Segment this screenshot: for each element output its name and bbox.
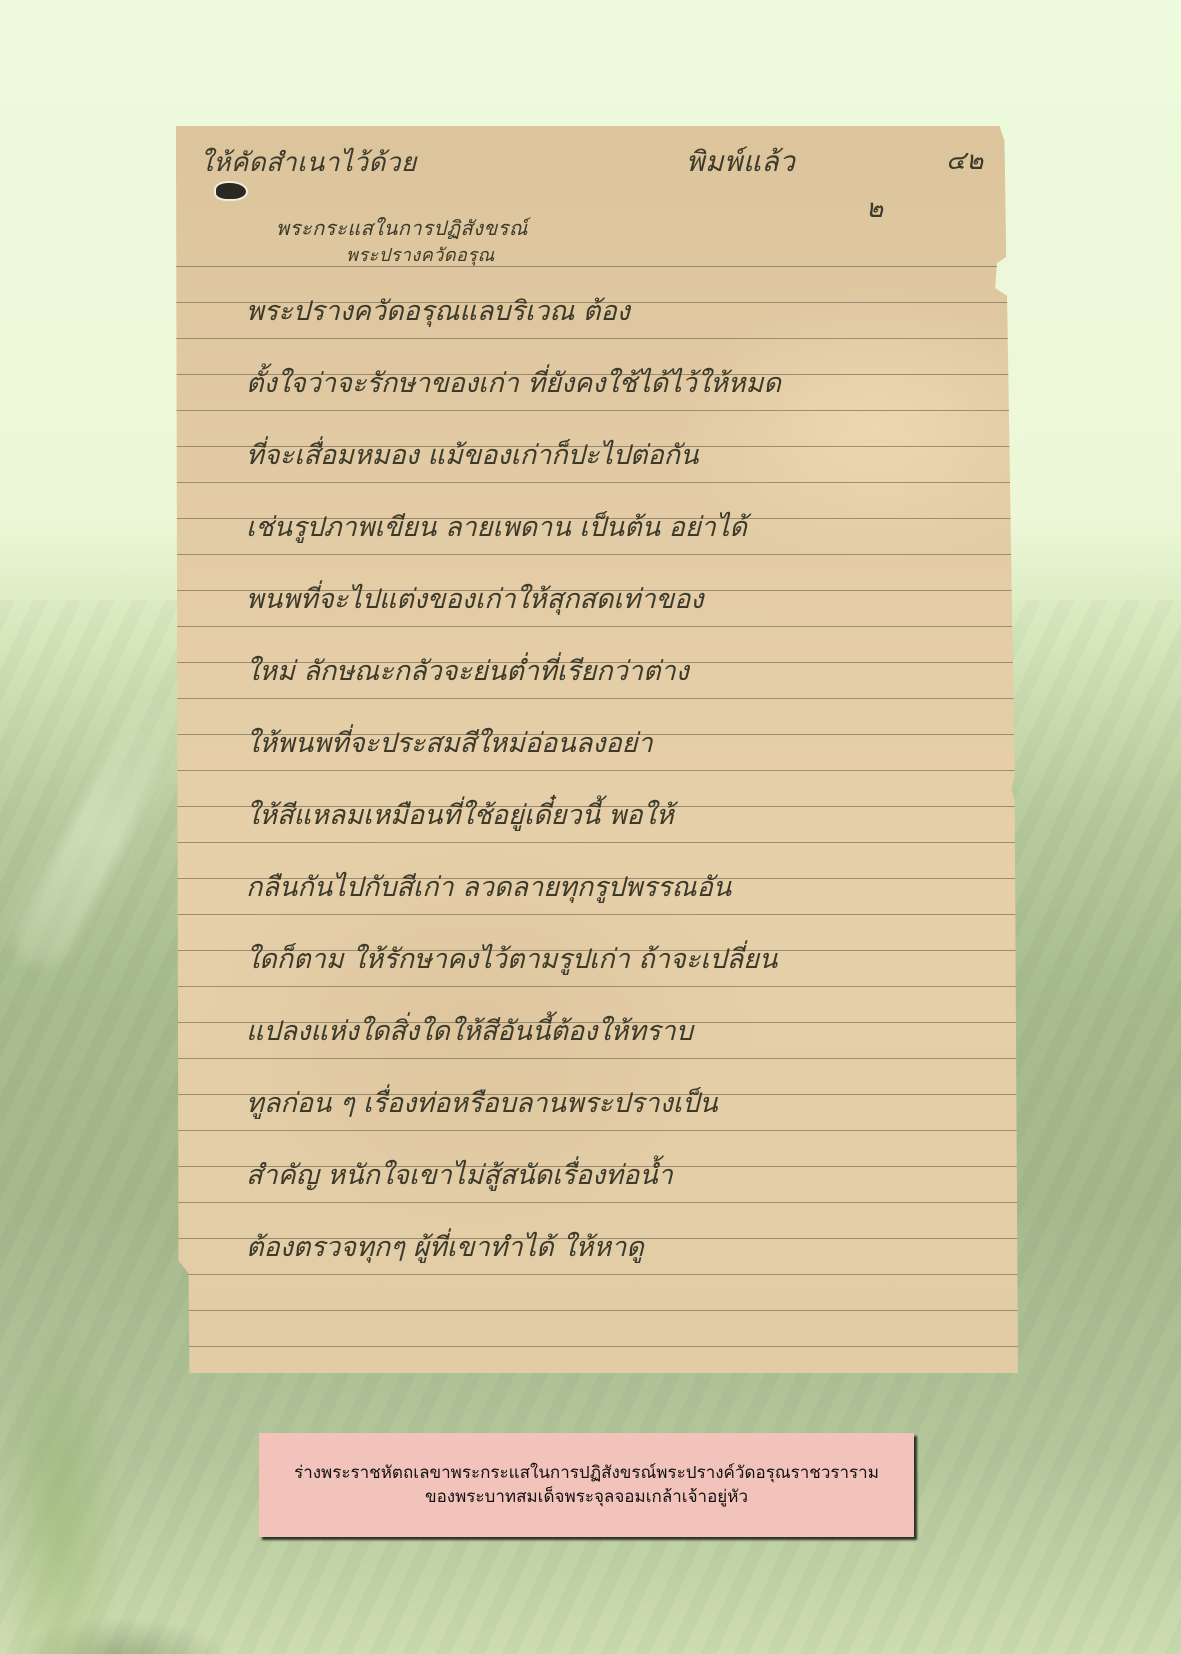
letter-line: แปลงแห่งใดสิ่งใดให้สีอันนี้ต้องให้ทราบ <box>246 996 998 1068</box>
caption-line1: ร่างพระราชหัตถเลขาพระกระแสในการปฏิสังขรณ… <box>294 1461 879 1485</box>
letter-line: ตั้งใจว่าจะรักษาของเก่า ที่ยังคงใช้ได้ไว… <box>246 348 998 420</box>
letter-line: สำคัญ หนักใจเขาไม่สู้สนัดเรื่องท่อน้ำ <box>246 1140 998 1212</box>
letter-line: ใหม่ ลักษณะกลัวจะย่นต่ำที่เรียกว่าต่าง <box>246 636 998 708</box>
letter-line: ทูลก่อน ๆ เรื่องท่อหรือบลานพระปรางเป็น <box>246 1068 998 1140</box>
caption-box: ร่างพระราชหัตถเลขาพระกระแสในการปฏิสังขรณ… <box>259 1433 914 1537</box>
letter-line: ให้พนพที่จะประสมสีใหม่อ่อนลงอย่า <box>246 708 998 780</box>
letter-line: ให้สีแหลมเหมือนที่ใช้อยู่เดี๋ยวนี้ พอให้ <box>246 780 998 852</box>
paper-hole <box>216 183 246 199</box>
letter-line: พนพที่จะไปแต่งของเก่าให้สุกสดเท่าของ <box>246 564 998 636</box>
letter-line: ใดก็ตาม ให้รักษาคงไว้ตามรูปเก่า ถ้าจะเปล… <box>246 924 998 996</box>
handwritten-letter: ให้คัดสำเนาไว้ด้วย พิมพ์แล้ว ๔๒ ๒ พระกระ… <box>176 126 1018 1373</box>
letter-line: ต้องตรวจทุกๆ ผู้ที่เขาทำได้ ให้หาดู <box>246 1212 998 1284</box>
caption-line2: ของพระบาทสมเด็จพระจุลจอมเกล้าเจ้าอยู่หัว <box>425 1485 748 1509</box>
letter-line: กลืนกันไปกับสีเก่า ลวดลายทุกรูปพรรณอัน <box>246 852 998 924</box>
letter-heading-line2: พระปรางควัดอรุณ <box>346 240 1018 269</box>
letter-line: ที่จะเสื่อมหมอง แม้ของเก่าก็ปะไปต่อกัน <box>246 420 998 492</box>
letter-line: พระปรางควัดอรุณแลบริเวณ ต้อง <box>246 276 998 348</box>
letter-body: พระปรางควัดอรุณแลบริเวณ ต้อง ตั้งใจว่าจะ… <box>246 276 998 1284</box>
letter-line: เช่นรูปภาพเขียน ลายเพดาน เป็นต้น อย่าได้ <box>246 492 998 564</box>
